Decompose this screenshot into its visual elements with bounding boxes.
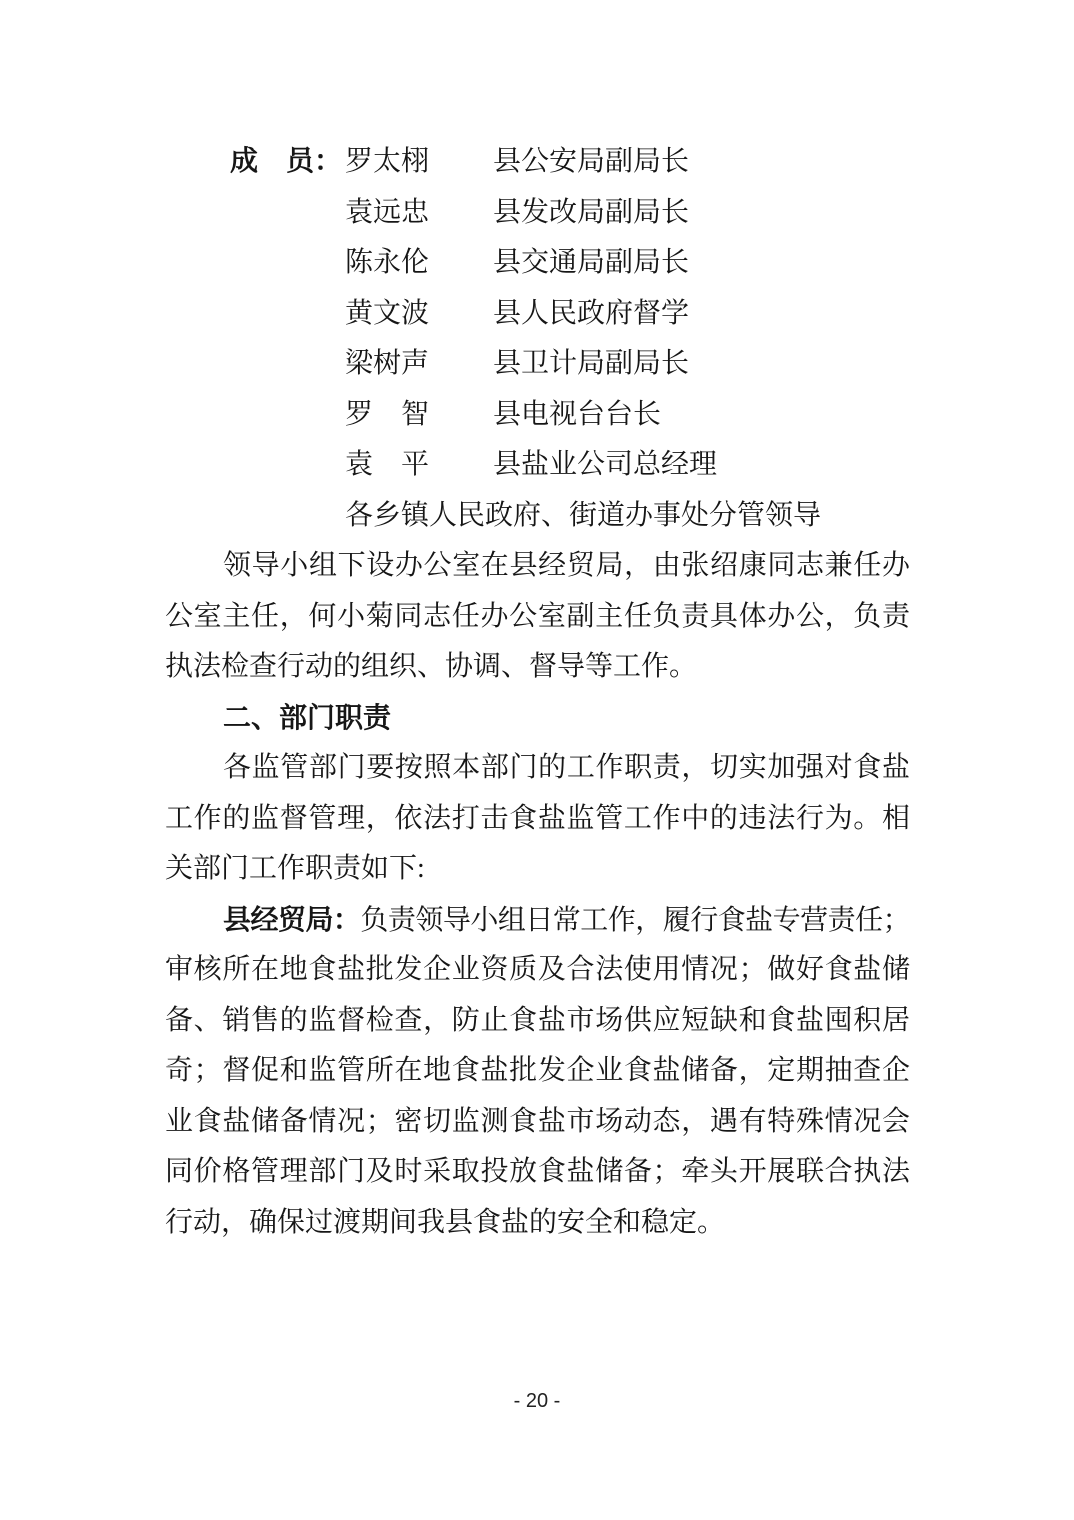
members-label-spacer [230,440,345,491]
member-row: 袁远忠 县发改局副局长 [165,188,910,239]
section-heading: 二、部门职责 [165,693,910,744]
member-title: 县盐业公司总经理 [493,440,910,491]
members-label-spacer [230,289,345,340]
member-title: 县电视台台长 [493,390,910,441]
members-label: 成 员： [230,137,345,188]
paragraph-line: 各监管部门要按照本部门的工作职责，切实加强对食盐 [165,743,910,794]
document-body: 成 员： 罗太栩 县公安局副局长 袁远忠 县发改局副局长 陈永伦 县交通局副局长… [165,137,910,1248]
member-title: 县发改局副局长 [493,188,910,239]
paragraph-line: 业食盐储备情况；密切监测食盐市场动态，遇有特殊情况会 [165,1097,910,1148]
members-footer: 各乡镇人民政府、街道办事处分管领导 [165,491,910,542]
paragraph-line: 行动，确保过渡期间我县食盐的安全和稳定。 [165,1198,910,1249]
member-name: 罗 智 [345,390,493,441]
member-name: 袁远忠 [345,188,493,239]
paragraph-line: 同价格管理部门及时采取投放食盐储备；牵头开展联合执法 [165,1147,910,1198]
paragraph-line: 奇；督促和监管所在地食盐批发企业食盐储备，定期抽查企 [165,1046,910,1097]
member-name: 陈永伦 [345,238,493,289]
member-title: 县公安局副局长 [493,137,910,188]
jingmao-first-line-rest: 负责领导小组日常工作，履行食盐专营责任； [360,905,910,936]
members-label-spacer [230,188,345,239]
paragraph-office: 领导小组下设办公室在县经贸局，由张绍康同志兼任办 公室主任，何小菊同志任办公室副… [165,541,910,693]
member-name: 梁树声 [345,339,493,390]
paragraph-line: 执法检查行动的组织、协调、督导等工作。 [165,642,910,693]
member-title: 县人民政府督学 [493,289,910,340]
paragraph-dept-intro: 各监管部门要按照本部门的工作职责，切实加强对食盐 工作的监督管理，依法打击食盐监… [165,743,910,895]
paragraph-line: 关部门工作职责如下: [165,844,910,895]
member-name: 袁 平 [345,440,493,491]
jingmao-label: 县经贸局： [223,904,360,935]
member-row: 罗 智 县电视台台长 [165,390,910,441]
paragraph-jingmao: 县经贸局：负责领导小组日常工作，履行食盐专营责任； 审核所在地食盐批发企业资质及… [165,895,910,1249]
members-label-spacer [230,390,345,441]
paragraph-line: 县经贸局：负责领导小组日常工作，履行食盐专营责任； [165,895,910,946]
member-row: 成 员： 罗太栩 县公安局副局长 [165,137,910,188]
member-row: 陈永伦 县交通局副局长 [165,238,910,289]
member-name: 黄文波 [345,289,493,340]
members-label-spacer [230,339,345,390]
paragraph-line: 公室主任，何小菊同志任办公室副主任负责具体办公，负责 [165,592,910,643]
members-label-spacer [230,238,345,289]
paragraph-line: 领导小组下设办公室在县经贸局，由张绍康同志兼任办 [165,541,910,592]
document-page: 成 员： 罗太栩 县公安局副局长 袁远忠 县发改局副局长 陈永伦 县交通局副局长… [0,0,1074,1520]
paragraph-line: 审核所在地食盐批发企业资质及合法使用情况；做好食盐储 [165,945,910,996]
paragraph-line: 工作的监督管理，依法打击食盐监管工作中的违法行为。相 [165,794,910,845]
member-list: 成 员： 罗太栩 县公安局副局长 袁远忠 县发改局副局长 陈永伦 县交通局副局长… [165,137,910,541]
member-title: 县交通局副局长 [493,238,910,289]
member-title: 县卫计局副局长 [493,339,910,390]
member-row: 梁树声 县卫计局副局长 [165,339,910,390]
member-row: 袁 平 县盐业公司总经理 [165,440,910,491]
member-row: 黄文波 县人民政府督学 [165,289,910,340]
paragraph-line: 备、销售的监督检查，防止食盐市场供应短缺和食盐囤积居 [165,996,910,1047]
member-name: 罗太栩 [345,137,493,188]
page-number: - 20 - [0,1390,1074,1413]
